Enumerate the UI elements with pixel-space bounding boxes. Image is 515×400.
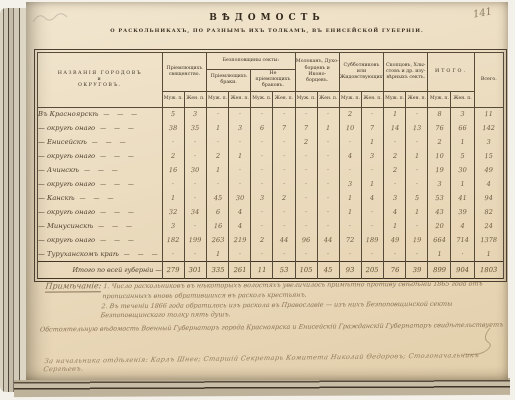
data-cell: 10 [339,121,361,135]
data-cell: 5 [162,107,184,121]
data-cell: 43 [428,205,451,219]
data-cell: · [339,247,361,261]
total-cell: 335 [206,261,228,278]
data-cell: · [317,177,339,191]
data-cell: 35 [184,121,206,135]
data-cell: · [406,219,428,233]
data-cell: · [317,191,339,205]
data-cell: 4 [229,219,251,233]
data-cell: 1 [206,121,228,135]
data-cell: 664 [428,233,451,247]
subcol-male: Муж. п. [207,91,229,107]
data-cell: 1 [361,177,383,191]
data-cell: 7 [361,121,383,135]
data-cell: · [273,107,295,121]
row-label: — округѣ онаго [38,149,163,163]
column-header-accept-marriage: Пріемлющихъ браки. [207,70,251,92]
data-cell: · [317,163,339,177]
data-cell: 714 [451,233,474,247]
note-label: Примѣчаніе: [45,281,102,292]
data-cell: 6 [206,205,228,219]
data-cell: · [406,135,428,149]
data-cell: · [383,177,405,191]
data-cell: 2 [206,149,228,163]
data-cell: 30 [229,191,251,205]
data-cell: · [229,163,251,177]
row-label: — округѣ онаго [38,233,163,247]
data-cell: 4 [451,219,474,233]
data-cell: · [317,149,339,163]
data-cell: 13 [406,121,428,135]
data-cell: 5 [451,149,474,163]
data-cell: 14 [383,121,405,135]
data-cell: 1 [406,205,428,219]
data-cell: · [184,149,206,163]
scanned-book-photo: 141 ВѢДОМОСТЬ О РАСКОЛЬНИКАХЪ, ПО РАЗНЫМ… [0,0,515,400]
data-cell: · [273,205,295,219]
data-cell: · [273,177,295,191]
row-label: — округѣ онаго [38,205,163,219]
data-cell: 189 [361,233,383,247]
data-cell: 2 [273,191,295,205]
data-cell: 34 [184,205,206,219]
total-cell: 261 [228,261,250,278]
data-cell: · [295,205,317,219]
row-label: — Минусинскѣ [38,219,163,233]
data-cell: · [251,107,273,121]
data-cell: 199 [184,233,206,247]
data-cell: 3 [451,107,474,121]
data-cell: 1 [162,191,184,205]
subcol-male: Муж. п. [384,91,406,107]
total-cell: 53 [273,261,295,278]
data-cell: 219 [229,233,251,247]
data-cell: · [162,177,184,191]
subcol-male: Муж. п. [428,91,451,107]
data-cell: · [184,247,206,261]
data-cell: · [317,247,339,261]
subcol-female: Жен. п. [406,91,428,107]
data-cell: 8 [428,107,451,121]
data-cell: 2 [383,149,405,163]
data-cell: 3 [251,191,273,205]
data-cell: · [251,135,273,149]
row-label: — Енисейскѣ [38,135,163,149]
data-cell: 19 [406,233,428,247]
data-cell: 16 [162,163,184,177]
subcol-female: Жен. п. [273,91,295,107]
table-header: НАЗВАНІЯ ГОРОДОВЪ и ОКРУГОВЪ. Пріемлющих… [38,53,504,108]
data-cell: 7 [273,121,295,135]
data-cell: · [406,177,428,191]
book-page-edges-bottom [14,378,510,397]
data-cell: · [273,149,295,163]
data-cell: 1 [339,205,361,219]
totals-row: Итого по всей губерніи —2793013352611153… [38,261,504,278]
data-cell: · [273,163,295,177]
data-cell: 2 [383,163,405,177]
data-cell: · [273,247,295,261]
data-cell: 1 [206,247,228,261]
data-cell: 3 [229,121,251,135]
data-cell: 3 [383,191,405,205]
data-cell: 1 [383,107,405,121]
table-row: — Канскѣ1·453032··1435534194 [38,191,504,205]
row-label: — Туруханскомъ краѣ [38,247,163,261]
data-cell: 1 [339,191,361,205]
data-cell: · [339,163,361,177]
data-cell: 45 [206,191,228,205]
data-cell: 1 [428,247,451,261]
total-cell: 301 [184,261,206,278]
data-cell: · [251,247,273,261]
document-page: 141 ВѢДОМОСТЬ О РАСКОЛЬНИКАХЪ, ПО РАЗНЫМ… [26,2,508,380]
data-cell: 1 [383,219,405,233]
data-cell: 15 [474,149,504,164]
total-cell: 93 [339,261,361,278]
data-cell: · [184,135,206,149]
data-cell: 2 [162,149,184,163]
column-header-reject-marriage: Не пріемлющихъ браковъ. [251,70,295,92]
data-cell: · [295,247,317,261]
note-line: Безпоповщинскаго толку пять душъ. [42,309,499,322]
table-row: — округѣ онаго········31··314 [38,177,504,191]
row-label: — округѣ онаго [38,121,163,135]
data-cell: · [295,219,317,233]
data-cell: 2 [295,135,317,149]
data-cell: · [295,191,317,205]
data-cell: · [162,247,184,261]
data-cell: 1 [229,149,251,163]
table-row: — округѣ онаго18219926321924496447218949… [38,233,504,247]
governor-attestation: Обстоятельную вѣдомость Военный Губернат… [40,321,509,334]
table-row: — Ачинскѣ16301·······2·193049 [38,163,504,177]
data-cell: 182 [162,233,184,247]
data-cell: 4 [361,191,383,205]
data-cell: · [229,135,251,149]
data-cell: 263 [206,233,228,247]
table-row: — Енисейскѣ······2··1··213 [38,135,504,149]
data-cell: 96 [295,233,317,247]
data-cell: · [251,205,273,219]
data-cell: 76 [428,121,451,135]
data-cell: · [295,149,317,163]
subcol-female: Жен. п. [229,91,251,107]
data-cell: · [206,135,228,149]
data-cell: · [206,177,228,191]
data-cell: · [273,219,295,233]
data-cell: 7 [295,121,317,135]
data-cell: · [317,205,339,219]
raskolniki-register-table: НАЗВАНІЯ ГОРОДОВЪ и ОКРУГОВЪ. Пріемлющих… [37,52,504,279]
data-cell: · [184,177,206,191]
subcol-female: Жен. п. [184,91,206,107]
page-title: ВѢДОМОСТЬ [26,13,508,23]
row-label: Въ Красноярскѣ [38,107,163,121]
total-cell: 205 [361,261,383,278]
data-cell: · [251,163,273,177]
handwritten-notes: Примѣчаніе: 1. Число раскольниковъ въ нѣ… [42,277,502,321]
data-cell: · [317,219,339,233]
data-cell: 3 [184,107,206,121]
data-cell: · [251,149,273,163]
data-cell: 16 [206,219,228,233]
subcol-male: Муж. п. [162,91,184,107]
data-cell: 82 [474,205,504,220]
data-cell: 32 [162,205,184,219]
data-cell: · [339,219,361,233]
subcol-female: Жен. п. [361,91,383,107]
data-cell: · [361,219,383,233]
data-cell: 94 [474,191,504,206]
data-cell: · [184,219,206,233]
row-label: — Канскѣ [38,191,163,205]
data-cell: · [229,247,251,261]
data-cell: · [451,247,474,261]
data-cell: 4 [339,149,361,163]
data-cell: · [361,107,383,121]
data-cell: · [295,107,317,121]
total-cell: 11 [251,261,273,278]
table-row: — Туруханскомъ краѣ··1·········1·1 [38,247,504,261]
data-cell: 20 [428,219,451,233]
data-cell: 2 [339,107,361,121]
data-cell: 1 [361,135,383,149]
data-cell: · [251,177,273,191]
table-row: — округѣ онаго323464····1·41433982 [38,205,504,219]
column-header-bezpopovtsy: Безпоповщины секты: [207,53,296,70]
data-cell: 72 [339,233,361,247]
data-cell: 3 [361,149,383,163]
data-cell: 44 [273,233,295,247]
data-cell: 44 [317,233,339,247]
data-cell: 53 [428,191,451,205]
data-cell: · [317,135,339,149]
signature-line: За начальника отдѣленія: Карлъ Шнее; Ста… [43,351,501,373]
table-row: — Минусинскѣ3·164······1·20424 [38,219,504,233]
total-cell: 904 [451,261,474,278]
column-header-towns: НАЗВАНІЯ ГОРОДОВЪ и ОКРУГОВЪ. [38,53,163,108]
data-cell: 2 [428,135,451,149]
total-cell: 76 [383,261,405,278]
data-cell: 1 [474,247,504,262]
column-header-molokane: Молоканъ, Духо- борцевъ и Иконо- борцевъ… [295,53,339,92]
data-cell: · [361,205,383,219]
data-cell: · [361,163,383,177]
total-cell: 39 [406,261,428,278]
data-cell: · [162,135,184,149]
data-cell: · [206,107,228,121]
column-header-skoptsy: Скопцовъ, Хлы- стовъ и др. изу- вѣрныхъ … [384,53,428,92]
data-cell: 2 [251,233,273,247]
data-cell: 5 [406,191,428,205]
subcol-female: Жен. п. [451,91,474,107]
column-header-itogo: ИТОГО. [428,53,474,92]
data-cell: · [406,163,428,177]
row-label: — округѣ онаго [38,177,163,191]
data-cell: · [339,135,361,149]
data-cell: 1 [206,163,228,177]
totals-label: Итого по всей губерніи — [38,261,163,278]
subcol-male: Муж. п. [251,91,273,107]
column-header-vsego: Всего. [474,53,503,108]
total-cell: 279 [162,261,184,278]
data-cell: 6 [251,121,273,135]
data-cell: 30 [184,163,206,177]
data-cell: 66 [451,121,474,135]
data-cell: 49 [474,163,504,178]
data-cell: 142 [474,121,504,136]
data-cell: 10 [428,149,451,163]
data-cell: · [317,107,339,121]
data-cell: 3 [339,177,361,191]
subcol-male: Муж. п. [295,91,317,107]
data-cell: 1 [451,177,474,191]
total-cell: 899 [428,261,451,278]
table-row: — округѣ онаго2·21····432110515 [38,149,504,163]
total-cell: 45 [317,261,339,278]
data-cell: · [361,247,383,261]
data-cell: 1 [406,149,428,163]
data-cell: · [295,163,317,177]
data-cell: · [406,107,428,121]
data-cell: 11 [474,107,504,122]
data-cell: 1 [317,121,339,135]
data-cell: · [406,247,428,261]
data-cell: · [251,219,273,233]
data-cell: · [184,191,206,205]
data-cell: 19 [428,163,451,177]
data-cell: 3 [474,135,504,150]
subcol-male: Муж. п. [339,91,361,107]
total-cell: 1803 [474,261,504,279]
data-cell: 4 [474,177,504,192]
data-cell: 38 [162,121,184,135]
data-cell: 4 [383,205,405,219]
page-subtitle: О РАСКОЛЬНИКАХЪ, ПО РАЗНЫМЪ ИХЪ ТОЛКАМЪ,… [26,28,508,34]
data-cell: 3 [428,177,451,191]
data-cell: 39 [451,205,474,219]
data-cell: 30 [451,163,474,177]
data-cell: 24 [474,219,504,234]
subcol-female: Жен. п. [317,91,339,107]
data-cell: · [383,135,405,149]
data-cell: · [273,135,295,149]
table-row: — округѣ онаго383513677110714137666142 [38,121,504,135]
data-cell: 41 [451,191,474,205]
data-cell: 1 [451,135,474,149]
data-cell: · [229,177,251,191]
column-header-subbotniki: Субботниковъ или Жидовствующихъ. [339,53,383,92]
row-label: — Ачинскѣ [38,163,163,177]
data-cell: · [383,247,405,261]
note-text: 1. Число раскольниковъ въ нѣкоторыхъ вол… [103,280,483,291]
data-cell: · [295,177,317,191]
table-body: Въ Красноярскѣ53······2·1·8311— округѣ о… [38,107,504,278]
data-cell: 4 [229,205,251,219]
data-cell: 49 [383,233,405,247]
data-cell: · [229,107,251,121]
total-cell: 105 [295,261,317,278]
data-cell: 3 [162,219,184,233]
data-cell: 1378 [474,233,504,248]
table-row: Въ Красноярскѣ53······2·1·8311 [38,107,504,121]
column-header-popovtsy: Пріемлющихъ священство. [162,53,206,92]
